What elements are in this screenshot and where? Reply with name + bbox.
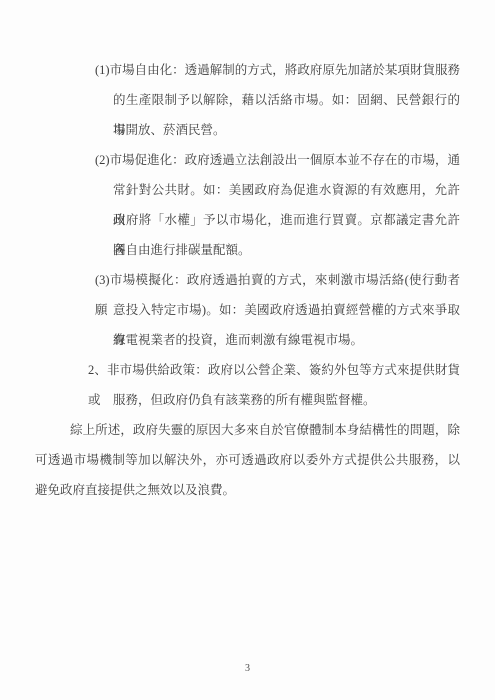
text-line: 的生產限制予以解除，藉以活絡市場。如：固網、民營銀行的市 [35, 85, 460, 115]
text-line: 綜上所述，政府失靈的原因大多來自於官僚體制本身結構性的問題，除 [35, 415, 460, 445]
text-line: 常針對公共財。如：美國政府為促進水資源的有效應用，允許州 [35, 175, 460, 205]
text-line: 國自由進行排碳量配額。 [35, 235, 460, 265]
text-line: 政府將「水權」予以市場化，進而進行買賣。京都議定書允許各 [35, 205, 460, 235]
text-line: 避免政府直接提供之無效以及浪費。 [35, 475, 460, 505]
text-line: 場開放、菸酒民營。 [35, 115, 460, 145]
page-number: 3 [0, 663, 495, 674]
text-line: (1)市場自由化：透過解制的方式，將政府原先加諸於某項財貨服務 [35, 55, 460, 85]
text-line: 線電視業者的投資，進而刺激有線電視市場。 [35, 325, 460, 355]
text-line: 可透過市場機制等加以解決外，亦可透過政府以委外方式提供公共服務，以 [35, 445, 460, 475]
text-line: 2、非市場供給政策：政府以公營企業、簽約外包等方式來提供財貨或 [35, 355, 460, 385]
document-page: (1)市場自由化：透過解制的方式，將政府原先加諸於某項財貨服務的生產限制予以解除… [0, 0, 495, 700]
document-text: (1)市場自由化：透過解制的方式，將政府原先加諸於某項財貨服務的生產限制予以解除… [35, 55, 460, 505]
text-line: (3)市場模擬化：政府透過拍賣的方式，來刺激市場活絡(使行動者願 [35, 265, 460, 295]
text-line: (2)市場促進化：政府透過立法創設出一個原本並不存在的市場，通 [35, 145, 460, 175]
